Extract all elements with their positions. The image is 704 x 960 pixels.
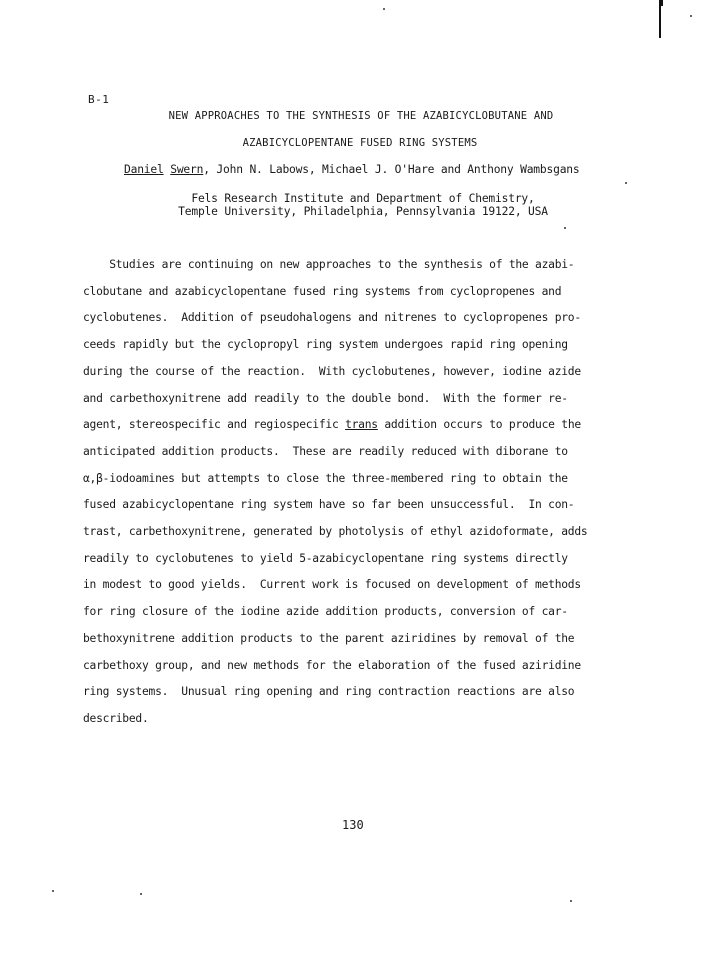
abstract-line: ceeds rapidly but the cyclopropyl ring s…	[83, 338, 568, 351]
abstract-line-text: cyclobutenes. Addition of pseudohalogens…	[83, 311, 581, 324]
scan-speck	[625, 182, 627, 184]
title-line-2: AZABICYCLOPENTANE FUSED RING SYSTEMS	[0, 137, 704, 149]
abstract-line: cyclobutenes. Addition of pseudohalogens…	[83, 311, 581, 324]
abstract-line-text: agent, stereospecific and regiospecific	[83, 418, 345, 431]
abstract-line-text: during the course of the reaction. With …	[83, 365, 581, 378]
abstract-line: clobutane and azabicyclopentane fused ri…	[83, 285, 561, 298]
abstract-line-text: Studies are continuing on new approaches…	[83, 258, 574, 271]
co-authors: , John N. Labows, Michael J. O'Hare and …	[203, 163, 579, 176]
abstract-line-text: trast, carbethoxynitrene, generated by p…	[83, 525, 587, 538]
abstract-line-text: for ring closure of the iodine azide add…	[83, 605, 568, 618]
title-line-1: NEW APPROACHES TO THE SYNTHESIS OF THE A…	[0, 110, 704, 122]
abstract-line: agent, stereospecific and regiospecific …	[83, 418, 581, 431]
abstract-line-text: described.	[83, 712, 149, 725]
abstract-line: Studies are continuing on new approaches…	[83, 258, 574, 271]
scan-speck	[564, 227, 566, 229]
abstract-line: for ring closure of the iodine azide add…	[83, 605, 568, 618]
abstract-line-text: anticipated addition products. These are…	[83, 445, 568, 458]
abstract-line: anticipated addition products. These are…	[83, 445, 568, 458]
abstract-line: described.	[83, 712, 149, 725]
section-label: B-1	[88, 93, 109, 106]
abstract-line-text: readily to cyclobutenes to yield 5-azabi…	[83, 552, 568, 565]
abstract-line: in modest to good yields. Current work i…	[83, 578, 581, 591]
abstract-line: trast, carbethoxynitrene, generated by p…	[83, 525, 587, 538]
abstract-line: bethoxynitrene addition products to the …	[83, 632, 574, 645]
affiliation-line-1: Fels Research Institute and Department o…	[0, 192, 704, 205]
presenting-author: Swern	[170, 163, 203, 176]
abstract-line: during the course of the reaction. With …	[83, 365, 581, 378]
abstract-line: α,β-iodoamines but attempts to close the…	[83, 472, 568, 485]
abstract-line: ring systems. Unusual ring opening and r…	[83, 685, 574, 698]
abstract-line-text: and carbethoxynitrene add readily to the…	[83, 392, 568, 405]
abstract-line-text: fused azabicyclopentane ring system have…	[83, 498, 574, 511]
scan-speck	[140, 893, 142, 895]
abstract-line: readily to cyclobutenes to yield 5-azabi…	[83, 552, 568, 565]
author-first-name: Daniel	[124, 163, 164, 176]
abstract-line: and carbethoxynitrene add readily to the…	[83, 392, 568, 405]
scan-speck	[570, 900, 572, 902]
abstract-line-text: α,β-iodoamines but attempts to close the…	[83, 472, 568, 485]
scan-speck	[690, 15, 692, 17]
abstract-line-text: ceeds rapidly but the cyclopropyl ring s…	[83, 338, 568, 351]
abstract-line: carbethoxy group, and new methods for th…	[83, 659, 581, 672]
abstract-line-text: clobutane and azabicyclopentane fused ri…	[83, 285, 561, 298]
abstract-line-text: bethoxynitrene addition products to the …	[83, 632, 574, 645]
trans-term: trans	[345, 418, 378, 431]
scan-speck	[383, 8, 385, 10]
affiliation-line-2: Temple University, Philadelphia, Pennsyl…	[0, 205, 704, 218]
page-number: 130	[342, 818, 364, 832]
abstract-line-text: in modest to good yields. Current work i…	[83, 578, 581, 591]
scan-speck	[52, 890, 54, 892]
abstract-line: fused azabicyclopentane ring system have…	[83, 498, 574, 511]
abstract-line-text: ring systems. Unusual ring opening and r…	[83, 685, 574, 698]
abstract-line-text: carbethoxy group, and new methods for th…	[83, 659, 581, 672]
abstract-line-tail: addition occurs to produce the	[378, 418, 581, 431]
margin-tick	[659, 0, 663, 6]
author-list: Daniel Swern, John N. Labows, Michael J.…	[124, 163, 580, 176]
